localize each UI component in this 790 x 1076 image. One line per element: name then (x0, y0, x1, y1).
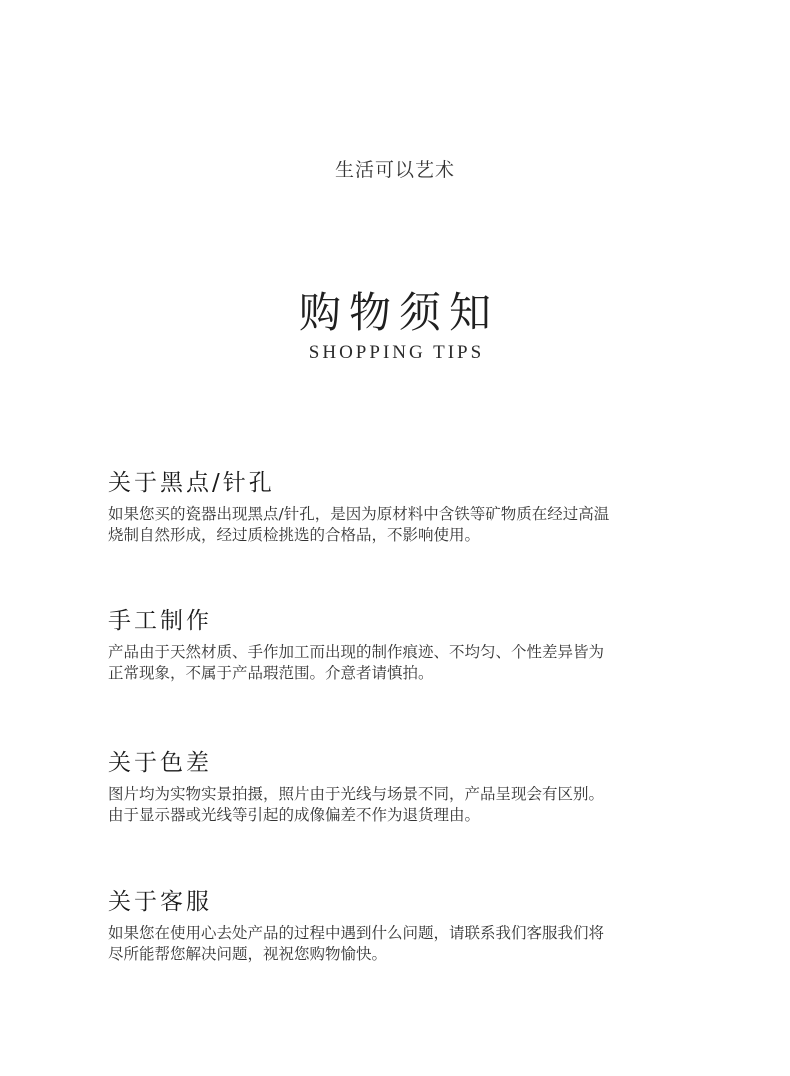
section-body: 如果您买的瓷器出现黑点/针孔，是因为原材料中含铁等矿物质在经过高温 烧制自然形成… (108, 504, 678, 546)
section-heading: 关于客服 (108, 887, 688, 917)
body-line: 图片均为实物实景拍摄，照片由于光线与场景不同，产品呈现会有区别。 (108, 784, 678, 805)
section-body: 如果您在使用心去处产品的过程中遇到什么问题，请联系我们客服我们将 尽所能帮您解决… (108, 923, 678, 965)
section-black-spots: 关于黑点/针孔 如果您买的瓷器出现黑点/针孔，是因为原材料中含铁等矿物质在经过高… (108, 468, 688, 546)
section-handmade: 手工制作 产品由于天然材质、手作加工而出现的制作痕迹、不均匀、个性差异皆为 正常… (108, 606, 688, 684)
body-line: 如果您买的瓷器出现黑点/针孔，是因为原材料中含铁等矿物质在经过高温 (108, 504, 678, 525)
section-customer-service: 关于客服 如果您在使用心去处产品的过程中遇到什么问题，请联系我们客服我们将 尽所… (108, 887, 688, 965)
section-heading: 关于黑点/针孔 (108, 468, 688, 498)
page-title-block: 购物须知 SHOPPING TIPS (0, 288, 790, 364)
tagline: 生活可以艺术 (0, 155, 790, 182)
section-color-difference: 关于色差 图片均为实物实景拍摄，照片由于光线与场景不同，产品呈现会有区别。 由于… (108, 748, 688, 826)
body-line: 尽所能帮您解决问题，视祝您购物愉快。 (108, 944, 678, 965)
body-line: 正常现象，不属于产品瑕范围。介意者请慎拍。 (108, 663, 678, 684)
body-line: 由于显示器或光线等引起的成像偏差不作为退货理由。 (108, 805, 678, 826)
body-line: 如果您在使用心去处产品的过程中遇到什么问题，请联系我们客服我们将 (108, 923, 678, 944)
section-heading: 手工制作 (108, 606, 688, 636)
page-subtitle: SHOPPING TIPS (0, 342, 790, 364)
body-line: 烧制自然形成，经过质检挑选的合格品，不影响使用。 (108, 525, 678, 546)
section-heading: 关于色差 (108, 748, 688, 778)
section-body: 产品由于天然材质、手作加工而出现的制作痕迹、不均匀、个性差异皆为 正常现象，不属… (108, 642, 678, 684)
page-title: 购物须知 (0, 288, 790, 338)
body-line: 产品由于天然材质、手作加工而出现的制作痕迹、不均匀、个性差异皆为 (108, 642, 678, 663)
section-body: 图片均为实物实景拍摄，照片由于光线与场景不同，产品呈现会有区别。 由于显示器或光… (108, 784, 678, 826)
